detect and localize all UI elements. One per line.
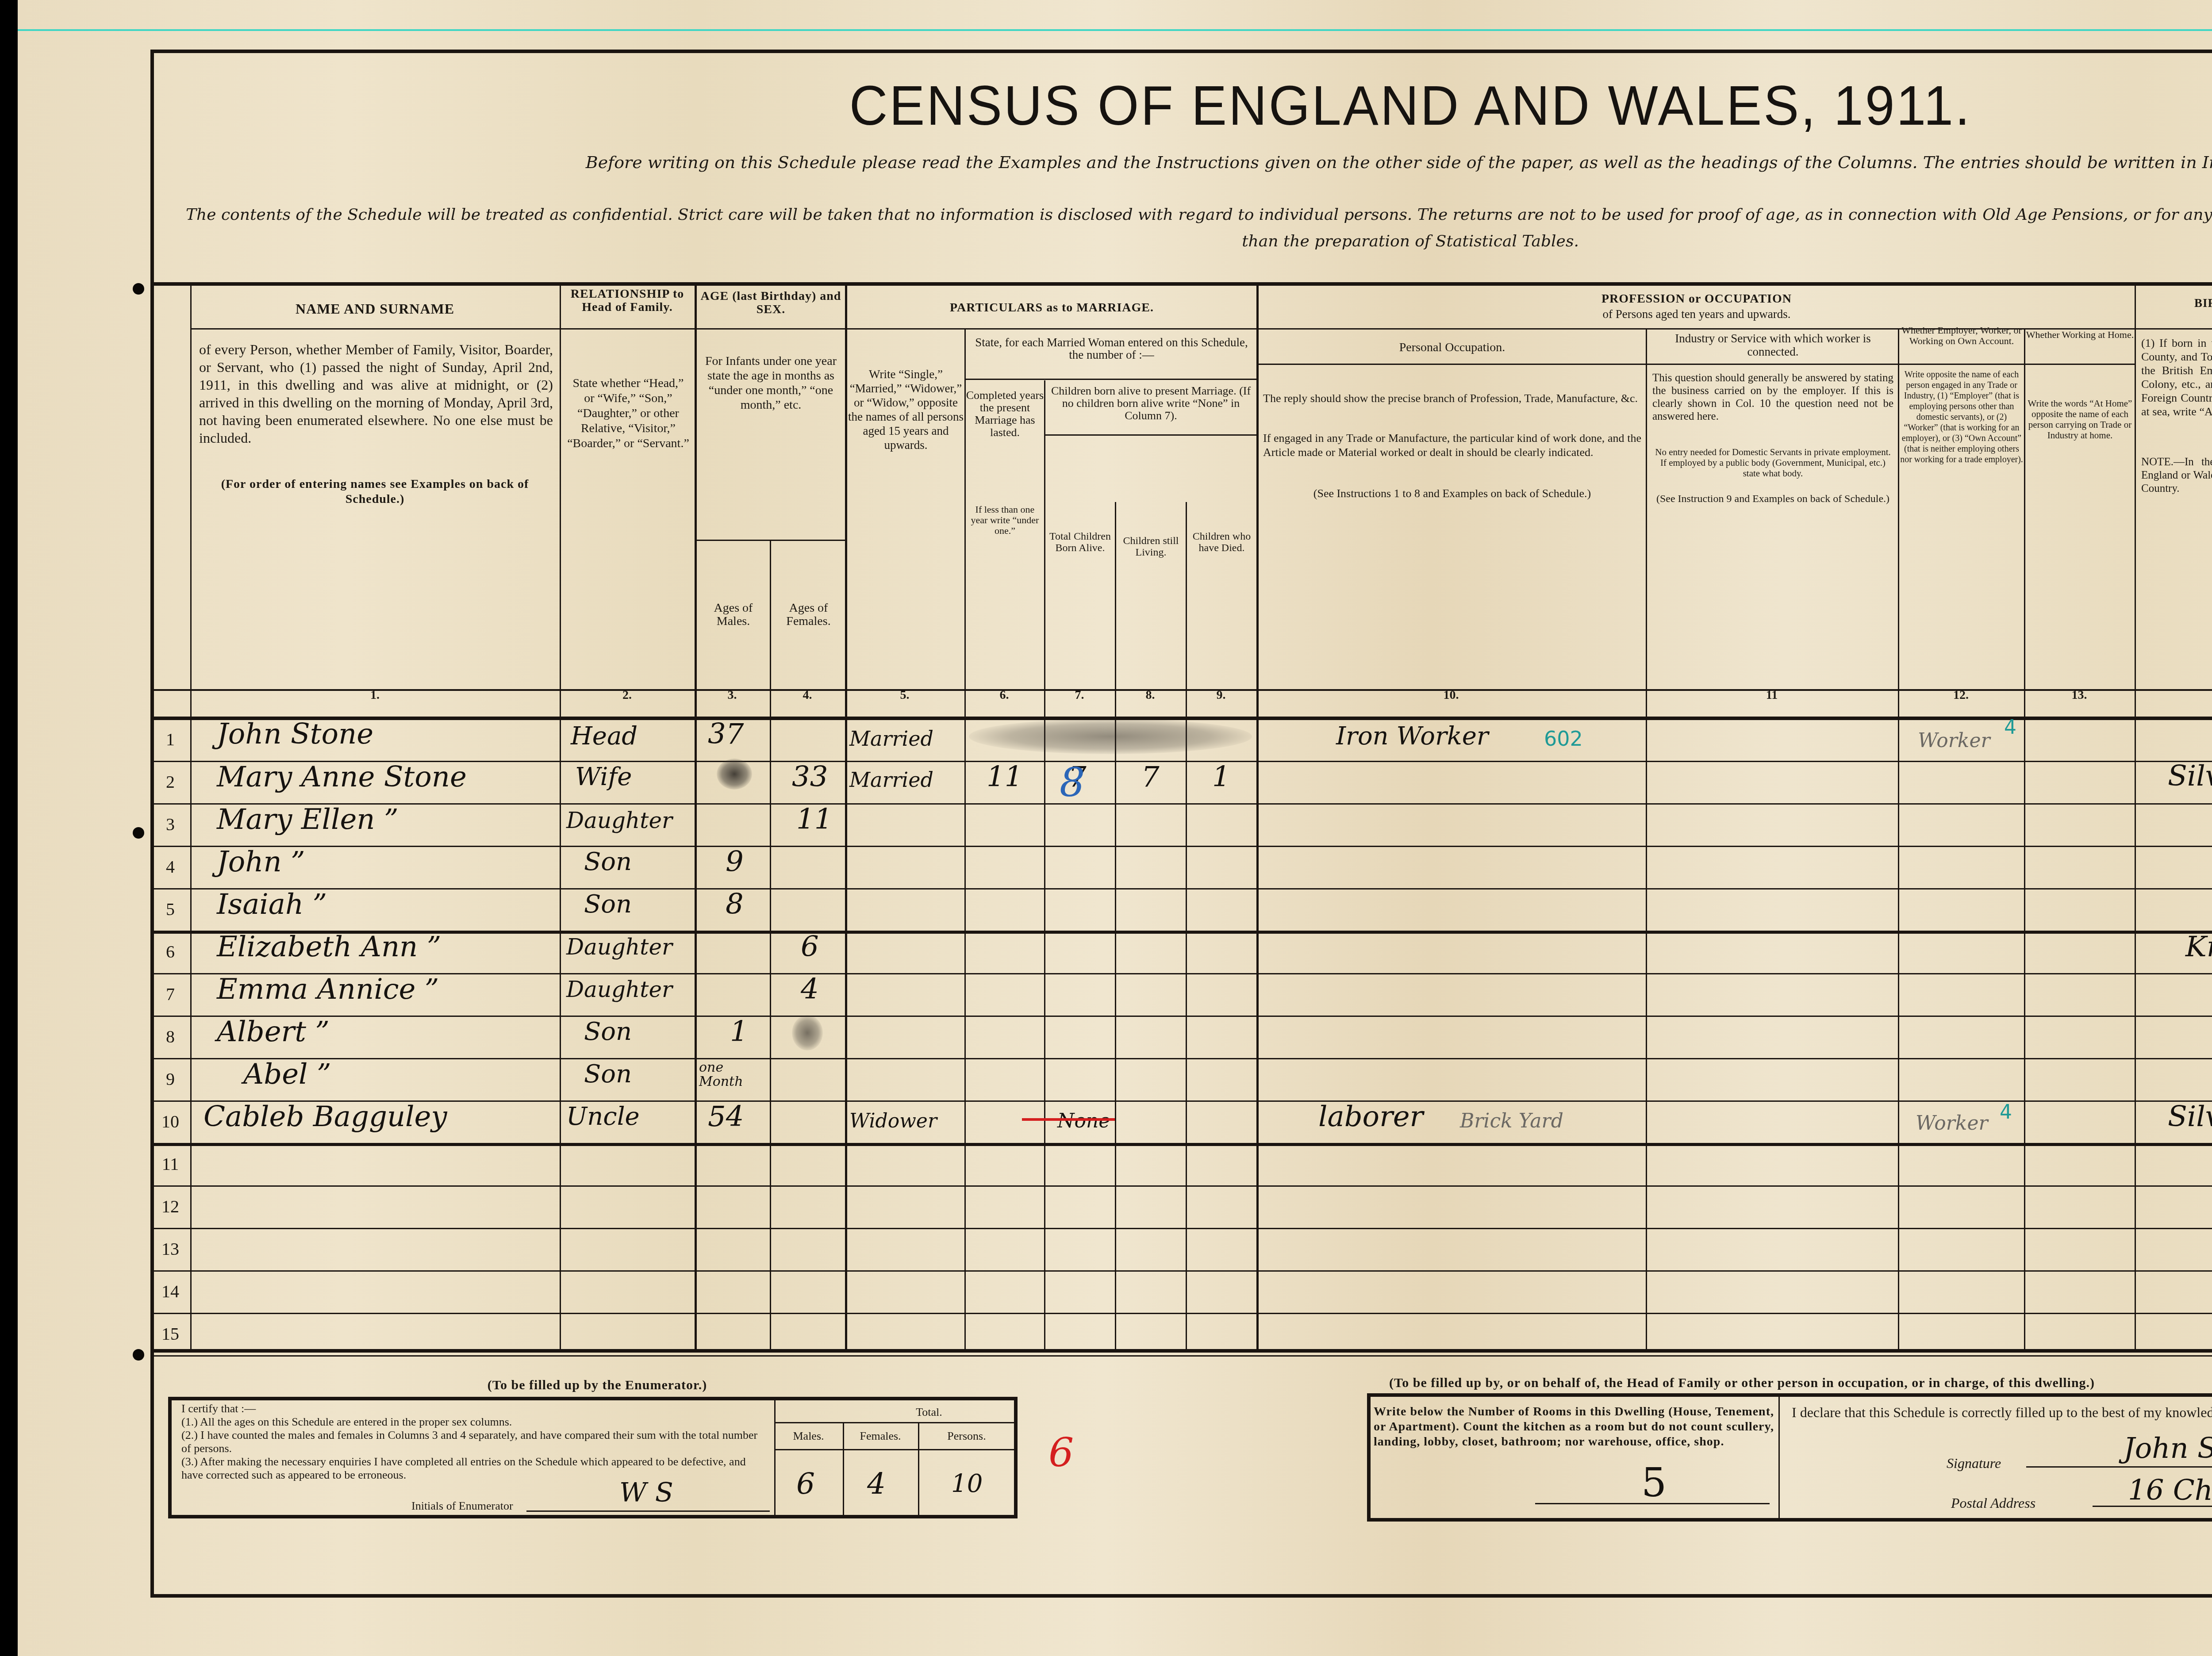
row1-relationship[interactable]: Head [571,721,637,752]
row2-name[interactable]: Mary Anne Stone [217,762,467,793]
punch-hole [133,827,144,839]
row10-born[interactable]: None [1057,1106,1110,1137]
col11-instructions-2: No entry needed for Domestic Servants in… [1652,447,1893,479]
red-annotation: 6 [1048,1437,1074,1468]
sub-rule [1044,434,1256,436]
females-total[interactable]: 4 [867,1468,886,1499]
col3-sub: Ages of Males. [697,602,770,628]
colnum: 12. [1898,688,2024,702]
occupation-subheading: of Persons aged ten years and upwards. [1259,307,2135,321]
col2-heading: RELATIONSHIP to Head of Family. [561,287,694,314]
row-number: 4 [150,856,190,877]
col12-instructions: Write opposite the name of each person e… [1899,369,2024,465]
row1-occ-code: 602 [1544,723,1583,754]
row2-birthplace[interactable]: Silverdale [2168,761,2212,792]
row-rule [150,1016,2212,1017]
rooms-value[interactable]: 5 [1641,1468,1667,1499]
row3-relationship[interactable]: Daughter [566,805,672,836]
row-rule [150,803,2212,805]
confidential-line-2: than the preparation of Statistical Tabl… [0,232,2212,250]
row10-age-m[interactable]: 54 [708,1101,744,1132]
col-line [964,328,966,1349]
row2-marriage[interactable]: Married [849,764,933,795]
col10-sub: Personal Occupation. [1259,341,1646,355]
row2-living[interactable]: 7 [1141,762,1160,793]
row1-age-m[interactable]: 37 [708,719,744,750]
row5-name[interactable]: Isaiah ” [217,889,327,920]
page-title: CENSUS OF ENGLAND AND WALES, 1911. [0,74,2212,138]
colnum: 11 [1646,688,1898,702]
row-rule [150,931,2212,934]
instruction-line: Before writing on this Schedule please r… [0,153,2212,172]
colnum: 3. [695,688,770,702]
col-line [190,286,192,1349]
col-line [1256,286,1259,1349]
col6-note: If less than one year write “under one.” [966,504,1044,536]
red-strike [1022,1118,1115,1121]
colnum: 9. [1186,688,1256,702]
row-number: 11 [150,1154,190,1174]
row1-employment[interactable]: Worker [1918,725,1990,756]
col12-sub: Whether Employer, Worker, or Working on … [1899,325,2024,346]
row-number: 13 [150,1238,190,1259]
initials-value[interactable]: W S [619,1477,673,1508]
col11-sub: Industry or Service with which worker is… [1648,332,1898,358]
col14-note: NOTE.—In the case of persons born elsewh… [2141,456,2212,495]
initials-rule [526,1510,770,1512]
males-total[interactable]: 6 [796,1468,815,1499]
colnum: 5. [845,688,964,702]
col1-instructions: of every Person, whether Member of Famil… [199,341,553,447]
col10-note: (See Instructions 1 to 8 and Examples on… [1263,487,1641,501]
colnum: 14 [2135,688,2212,702]
row1-occupation[interactable]: Iron Worker [1336,721,1489,752]
row1-emp-code: 4 [2004,712,2016,743]
declaration: I declare that this Schedule is correctl… [1787,1404,2212,1420]
row8-relationship[interactable]: Son [584,1016,632,1047]
persons-total[interactable]: 10 [951,1468,983,1499]
col8-sub: Children still Living. [1116,535,1186,558]
row8-name[interactable]: Albert ” [217,1016,330,1047]
col9-sub: Children who have Died. [1187,531,1256,554]
females-label: Females. [843,1430,918,1443]
total-label: Total. [843,1406,1015,1419]
row-number: 5 [150,899,190,920]
row4-name[interactable]: John ” [217,847,305,878]
colnum: 8. [1115,688,1186,702]
row7-name[interactable]: Emma Annice ” [217,974,439,1005]
header-top-rule [150,282,2212,286]
row6-age-f[interactable]: 6 [801,931,819,962]
row2-relationship[interactable]: Wife [575,762,632,793]
males-label: Males. [774,1430,843,1443]
row1-name[interactable]: John Stone [217,719,373,750]
row-number: 14 [150,1281,190,1302]
col-line [2135,286,2136,1349]
col11-instructions: This question should generally be answer… [1652,372,1893,423]
row-number: 1 [150,729,190,750]
certify-intro: I certify that :— [177,1402,770,1415]
col14-heading: BIRTHPLACE of every person. [2137,296,2212,310]
row10-relationship[interactable]: Uncle [566,1101,640,1132]
row-number: 7 [150,984,190,1004]
pencil-blot [792,1015,823,1050]
row-rule [150,1185,2212,1187]
colnum-rule [150,717,2212,720]
row3-name[interactable]: Mary Ellen ” [217,804,399,835]
row7-age-f[interactable]: 4 [801,974,819,1005]
colnum: 10. [1256,688,1646,702]
row-number: 6 [150,941,190,962]
row-rule [150,1058,2212,1059]
col14-instructions: (1) If born in the United Kingdom, write… [2141,336,2212,418]
col-line [1898,328,1899,1349]
row2-age-f[interactable]: 33 [792,762,828,793]
row10-birthplace[interactable]: Silverdale [2168,1101,2212,1132]
row-number: 10 [150,1111,190,1132]
row9-relationship[interactable]: Son [584,1059,632,1090]
row-rule [150,1355,2212,1357]
sub-rule [964,379,1256,380]
col2-instructions: State whether “Head,” or “Wife,” “Son,” … [566,376,690,451]
row-number: 3 [150,814,190,835]
sub-rule [695,540,845,541]
cyan-rule [18,29,2212,31]
row-rule [150,846,2212,847]
col-line [1778,1397,1780,1518]
row9-name[interactable]: Abel ” [243,1059,331,1090]
colnum: 4. [770,688,845,702]
row-rule [150,1100,2212,1102]
punch-hole [133,1349,144,1361]
row4-age-m[interactable]: 9 [726,847,744,878]
colnum: 1. [190,688,560,702]
row4-relationship[interactable]: Son [584,847,632,878]
address-label: Postal Address [1947,1495,2093,1511]
col-line [1044,380,1045,1349]
address-line-1[interactable]: 16 Chapel St. Knutton [2128,1475,2212,1506]
col1-heading: NAME AND SURNAME [190,301,560,317]
row-rule [150,1143,2212,1146]
row10-occupation[interactable]: laborer [1318,1101,1423,1132]
ink-blot [717,759,752,790]
row8-age-m[interactable]: 1 [730,1016,748,1047]
row10-marriage[interactable]: Widower [849,1106,937,1137]
row2-born-correction: 8 [1060,767,1085,798]
certify-2: (2.) I have counted the males and female… [177,1429,770,1455]
row-number: 2 [150,771,190,792]
row10-employment[interactable]: Worker [1916,1108,1988,1139]
row-rule [150,973,2212,974]
enumerator-caption: (To be filled up by the Enumerator.) [398,1378,796,1393]
row2-years[interactable]: 11 [987,762,1022,793]
col1-note: (For order of entering names see Example… [195,477,555,507]
rooms-instruction: Write below the Number of Rooms in this … [1374,1404,1774,1449]
row-number: 12 [150,1196,190,1217]
row-number: 8 [150,1026,190,1047]
sub-rule [774,1422,1015,1423]
table-bottom-rule [150,1349,2212,1353]
colnum: 2. [560,688,695,702]
pencil-scribble [969,719,1252,754]
col3-heading: AGE (last Birthday) and SEX. [697,290,845,316]
row10-name[interactable]: Cableb Bagguley [204,1101,447,1132]
certify-3: (3.) After making the necessary enquirie… [177,1455,770,1482]
row-rule [150,1270,2212,1272]
col-line [2024,328,2025,1349]
col6-group: State, for each Married Woman entered on… [967,336,1256,361]
colnum: 13. [2024,688,2135,702]
col5-instructions: Write “Single,” “Married,” “Widower,” or… [847,367,964,452]
col7-sub: Total Children Born Alive. [1045,531,1115,554]
signature-label: Signature [1942,1455,2075,1471]
row7-relationship[interactable]: Daughter [566,974,672,1005]
row6-name[interactable]: Elizabeth Ann ” [217,931,441,962]
marriage-heading: PARTICULARS as to MARRIAGE. [847,301,1256,315]
row-rule [150,1228,2212,1229]
certify-1: (1.) All the ages on this Schedule are e… [177,1415,770,1429]
row-number: 9 [150,1069,190,1089]
colnum: 6. [964,688,1044,702]
col-line [1115,502,1116,1349]
row-rule [150,888,2212,889]
col-line [1186,502,1187,1349]
schedule-frame [150,50,2212,1598]
col-line [560,286,561,1349]
row5-relationship[interactable]: Son [584,889,632,920]
occupation-heading: PROFESSION or OCCUPATION [1259,292,2135,306]
row5-age-m[interactable]: 8 [726,889,744,920]
col6-instructions: Completed years the present Marriage has… [966,389,1044,439]
signature-value[interactable]: John Stone His X Mark [2124,1433,2212,1464]
punch-hole [133,283,144,295]
head-caption: (To be filled up by, or on behalf of, th… [1389,1376,2212,1391]
confidential-line: The contents of the Schedule will be tre… [186,206,2212,224]
row10-industry-pencil: Brick Yard [1460,1106,1563,1137]
row3-age-f[interactable]: 11 [796,804,832,835]
row2-died[interactable]: 1 [1212,762,1230,793]
col-line [1646,328,1647,1349]
col-line [774,1400,776,1516]
col4-sub: Ages of Females. [772,602,845,628]
col10-instructions-2: If engaged in any Trade or Manufacture, … [1263,431,1641,460]
row1-marriage[interactable]: Married [849,723,933,754]
row9-age-m[interactable]: one Month [699,1061,765,1089]
colnum: 7. [1044,688,1115,702]
sub-rule [774,1449,1015,1450]
col13-instructions: Write the words “At Home” opposite the n… [2025,398,2135,441]
sub-rule [1256,364,2135,365]
row-number: 15 [150,1323,190,1344]
col-line [695,286,697,1349]
persons-label: Persons. [918,1430,1015,1443]
row6-relationship[interactable]: Daughter [566,931,672,962]
col11-note: (See Instruction 9 and Examples on back … [1652,493,1893,505]
row6-birthplace[interactable]: Knutton [2185,931,2212,962]
signature-rule [2026,1466,2212,1468]
row10-emp-code: 4 [2000,1097,2012,1128]
col3-instructions: For Infants under one year state the age… [699,354,843,412]
col10-instructions: The reply should show the precise branch… [1263,391,1641,406]
row-rule [150,1313,2212,1314]
col13-sub: Whether Working at Home. [2025,330,2135,340]
col7-group: Children born alive to present Marriage.… [1045,385,1256,422]
